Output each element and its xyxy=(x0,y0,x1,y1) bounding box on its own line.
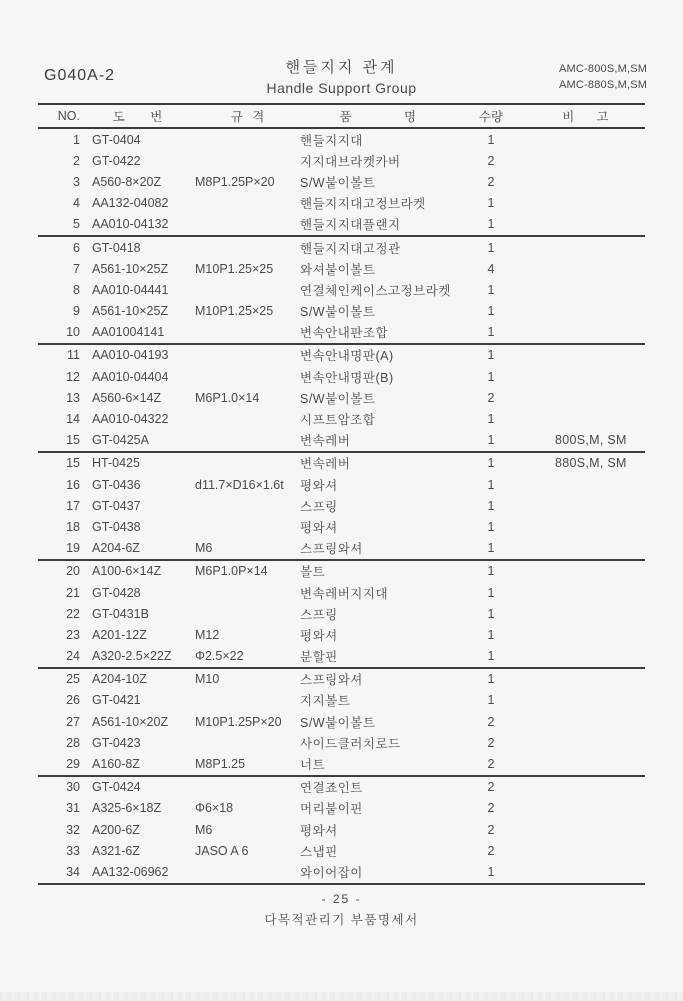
cell-no: 12 xyxy=(38,370,80,384)
table-row: 20A100-6×14ZM6P1.0P×14볼트1 xyxy=(38,561,645,582)
scan-edge-artifact xyxy=(0,992,683,1001)
cell-part: A160-8Z xyxy=(80,757,195,771)
cell-no: 30 xyxy=(38,780,80,794)
cell-qty: 1 xyxy=(456,564,526,578)
cell-name: S/W붙이볼트 xyxy=(300,389,456,407)
table-row: 5AA010-04132핸들지지대플랜지1 xyxy=(38,214,645,235)
cell-name: 평와셔 xyxy=(300,518,456,536)
cell-spec: M10 xyxy=(195,672,300,686)
cell-name: 사이드클러치로드 xyxy=(300,734,456,752)
cell-spec: Φ2.5×22 xyxy=(195,649,300,663)
cell-part: GT-0418 xyxy=(80,241,195,255)
table-group: 15HT-0425변속레버1880S,M, SM16GT-0436d11.7×D… xyxy=(38,453,645,561)
cell-qty: 1 xyxy=(456,607,526,621)
table-row: 12AA010-04404변속안내명판(B)1 xyxy=(38,366,645,387)
cell-name: 스냅핀 xyxy=(300,842,456,860)
cell-part: AA010-04132 xyxy=(80,217,195,231)
cell-no: 2 xyxy=(38,154,80,168)
cell-part: GT-0421 xyxy=(80,693,195,707)
cell-no: 34 xyxy=(38,865,80,879)
cell-qty: 1 xyxy=(456,348,526,362)
cell-qty: 1 xyxy=(456,628,526,642)
cell-part: AA132-06962 xyxy=(80,865,195,879)
cell-remark: 800S,M, SM xyxy=(526,433,645,447)
table-row: 19A204-6ZM6스프링와셔1 xyxy=(38,538,645,559)
cell-no: 22 xyxy=(38,607,80,621)
cell-qty: 2 xyxy=(456,154,526,168)
table-row: 14AA010-04322시프트암조합1 xyxy=(38,408,645,429)
cell-name: S/W붙이볼트 xyxy=(300,173,456,191)
cell-name: 스프링 xyxy=(300,497,456,515)
cell-spec: M6P1.0×14 xyxy=(195,391,300,405)
cell-name: 와셔붙이볼트 xyxy=(300,260,456,278)
table-row: 22GT-0431B스프링1 xyxy=(38,603,645,624)
cell-no: 20 xyxy=(38,564,80,578)
table-row: 33A321-6ZJASO A 6스냅핀2 xyxy=(38,840,645,861)
cell-qty: 1 xyxy=(456,693,526,707)
cell-part: A201-12Z xyxy=(80,628,195,642)
cell-qty: 1 xyxy=(456,456,526,470)
table-row: 21GT-0428변속레버지지대1 xyxy=(38,582,645,603)
cell-name: 핸들지지대플랜지 xyxy=(300,215,456,233)
cell-no: 5 xyxy=(38,217,80,231)
cell-part: GT-0436 xyxy=(80,478,195,492)
cell-qty: 2 xyxy=(456,391,526,405)
cell-spec: M6 xyxy=(195,541,300,555)
column-header-remark: 비 고 xyxy=(526,107,645,125)
cell-qty: 1 xyxy=(456,433,526,447)
cell-no: 15 xyxy=(38,456,80,470)
cell-qty: 2 xyxy=(456,780,526,794)
cell-no: 4 xyxy=(38,196,80,210)
cell-part: AA010-04441 xyxy=(80,283,195,297)
cell-no: 6 xyxy=(38,241,80,255)
cell-qty: 1 xyxy=(456,196,526,210)
cell-spec: d11.7×D16×1.6t xyxy=(195,478,300,492)
table-row: 10AA01004141변속안내판조합1 xyxy=(38,322,645,343)
table-row: 25A204-10ZM10스프링와셔1 xyxy=(38,669,645,690)
cell-part: AA010-04404 xyxy=(80,370,195,384)
column-header-spec: 규 격 xyxy=(195,107,300,125)
cell-spec: M8P1.25 xyxy=(195,757,300,771)
cell-part: GT-0438 xyxy=(80,520,195,534)
cell-spec: M12 xyxy=(195,628,300,642)
cell-name: 변속레버 xyxy=(300,431,456,449)
cell-name: 연결죠인트 xyxy=(300,778,456,796)
table-row: 29A160-8ZM8P1.25너트2 xyxy=(38,753,645,774)
cell-no: 3 xyxy=(38,175,80,189)
cell-no: 24 xyxy=(38,649,80,663)
cell-part: GT-0404 xyxy=(80,133,195,147)
table-row: 28GT-0423사이드클러치로드2 xyxy=(38,732,645,753)
cell-part: A320-2.5×22Z xyxy=(80,649,195,663)
table-row: 17GT-0437스프링1 xyxy=(38,495,645,516)
cell-no: 28 xyxy=(38,736,80,750)
cell-part: GT-0431B xyxy=(80,607,195,621)
cell-part: A561-10×25Z xyxy=(80,262,195,276)
table-group: 20A100-6×14ZM6P1.0P×14볼트121GT-0428변속레버지지… xyxy=(38,561,645,669)
model-line-1: AMC-800S,M,SM xyxy=(559,61,647,77)
cell-no: 29 xyxy=(38,757,80,771)
table-row: 13A560-6×14ZM6P1.0×14S/W붙이볼트2 xyxy=(38,387,645,408)
cell-no: 14 xyxy=(38,412,80,426)
model-list: AMC-800S,M,SM AMC-880S,M,SM xyxy=(559,61,647,93)
cell-spec: M6 xyxy=(195,823,300,837)
table-group: 11AA010-04193변속안내명판(A)112AA010-04404변속안내… xyxy=(38,345,645,453)
cell-part: GT-0428 xyxy=(80,586,195,600)
cell-qty: 1 xyxy=(456,672,526,686)
cell-qty: 1 xyxy=(456,478,526,492)
cell-qty: 2 xyxy=(456,844,526,858)
cell-name: 변속안내명판(A) xyxy=(300,346,456,364)
cell-qty: 2 xyxy=(456,715,526,729)
table-header-row: NO. 도 번 규 격 품 명 수량 비 고 xyxy=(38,105,645,129)
cell-no: 13 xyxy=(38,391,80,405)
cell-name: 평와셔 xyxy=(300,476,456,494)
cell-part: GT-0424 xyxy=(80,780,195,794)
cell-name: 연결체인케이스고정브라켓 xyxy=(300,281,456,299)
cell-name: 너트 xyxy=(300,755,456,773)
table-row: 34AA132-06962와이어잡이1 xyxy=(38,861,645,882)
cell-no: 15 xyxy=(38,433,80,447)
cell-part: GT-0425A xyxy=(80,433,195,447)
cell-qty: 2 xyxy=(456,175,526,189)
cell-qty: 2 xyxy=(456,736,526,750)
cell-no: 10 xyxy=(38,325,80,339)
cell-qty: 2 xyxy=(456,757,526,771)
cell-name: 스프링와셔 xyxy=(300,670,456,688)
table-group: 6GT-0418핸들지지대고정관17A561-10×25ZM10P1.25×25… xyxy=(38,237,645,345)
cell-part: AA010-04322 xyxy=(80,412,195,426)
cell-no: 17 xyxy=(38,499,80,513)
cell-part: A560-6×14Z xyxy=(80,391,195,405)
cell-name: 변속안내판조합 xyxy=(300,323,456,341)
cell-no: 16 xyxy=(38,478,80,492)
cell-part: A204-6Z xyxy=(80,541,195,555)
cell-spec: JASO A 6 xyxy=(195,844,300,858)
cell-name: 스프링 xyxy=(300,605,456,623)
cell-part: A561-10×25Z xyxy=(80,304,195,318)
cell-name: 핸들지지대고정브라켓 xyxy=(300,194,456,212)
cell-no: 33 xyxy=(38,844,80,858)
table-row: 32A200-6ZM6평와셔2 xyxy=(38,819,645,840)
cell-qty: 1 xyxy=(456,412,526,426)
cell-part: AA132-04082 xyxy=(80,196,195,210)
cell-qty: 1 xyxy=(456,520,526,534)
parts-table: NO. 도 번 규 격 품 명 수량 비 고 1GT-0404핸들지지대12GT… xyxy=(38,103,645,885)
table-body: 1GT-0404핸들지지대12GT-0422지지대브라켓카버23A560-8×2… xyxy=(38,129,645,885)
table-row: 27A561-10×20ZM10P1.25P×20S/W붙이볼트2 xyxy=(38,711,645,732)
table-row: 9A561-10×25ZM10P1.25×25S/W붙이볼트1 xyxy=(38,301,645,322)
cell-part: A560-8×20Z xyxy=(80,175,195,189)
cell-no: 32 xyxy=(38,823,80,837)
cell-spec: Φ6×18 xyxy=(195,801,300,815)
table-group: 1GT-0404핸들지지대12GT-0422지지대브라켓카버23A560-8×2… xyxy=(38,129,645,237)
cell-qty: 4 xyxy=(456,262,526,276)
cell-no: 9 xyxy=(38,304,80,318)
cell-name: 평와셔 xyxy=(300,821,456,839)
footer-document-title: 다목적관리기 부품명세서 xyxy=(0,910,683,928)
model-line-2: AMC-880S,M,SM xyxy=(559,77,647,93)
table-row: 3A560-8×20ZM8P1.25P×20S/W붙이볼트2 xyxy=(38,171,645,192)
table-row: 4AA132-04082핸들지지대고정브라켓1 xyxy=(38,193,645,214)
cell-name: 평와셔 xyxy=(300,626,456,644)
cell-no: 31 xyxy=(38,801,80,815)
table-row: 15HT-0425변속레버1880S,M, SM xyxy=(38,453,645,474)
cell-name: S/W붙이볼트 xyxy=(300,713,456,731)
cell-qty: 1 xyxy=(456,304,526,318)
column-header-no: NO. xyxy=(38,109,80,123)
cell-name: S/W붙이볼트 xyxy=(300,302,456,320)
cell-no: 18 xyxy=(38,520,80,534)
cell-part: A200-6Z xyxy=(80,823,195,837)
table-row: 15GT-0425A변속레버1800S,M, SM xyxy=(38,430,645,451)
cell-part: A561-10×20Z xyxy=(80,715,195,729)
cell-qty: 2 xyxy=(456,801,526,815)
column-header-qty: 수량 xyxy=(456,107,526,125)
cell-name: 핸들지지대 xyxy=(300,131,456,149)
cell-name: 변속안내명판(B) xyxy=(300,368,456,386)
cell-qty: 1 xyxy=(456,541,526,555)
cell-no: 11 xyxy=(38,348,80,362)
cell-qty: 1 xyxy=(456,325,526,339)
cell-name: 볼트 xyxy=(300,562,456,580)
cell-name: 분할핀 xyxy=(300,647,456,665)
cell-no: 27 xyxy=(38,715,80,729)
cell-qty: 1 xyxy=(456,217,526,231)
cell-no: 7 xyxy=(38,262,80,276)
cell-spec: M10P1.25×25 xyxy=(195,262,300,276)
cell-qty: 1 xyxy=(456,241,526,255)
cell-spec: M6P1.0P×14 xyxy=(195,564,300,578)
cell-name: 지지대브라켓카버 xyxy=(300,152,456,170)
cell-name: 변속레버 xyxy=(300,454,456,472)
cell-qty: 1 xyxy=(456,865,526,879)
cell-part: A321-6Z xyxy=(80,844,195,858)
table-row: 26GT-0421지지볼트1 xyxy=(38,690,645,711)
table-row: 6GT-0418핸들지지대고정관1 xyxy=(38,237,645,258)
cell-qty: 1 xyxy=(456,370,526,384)
cell-part: GT-0422 xyxy=(80,154,195,168)
table-row: 2GT-0422지지대브라켓카버2 xyxy=(38,150,645,171)
cell-qty: 1 xyxy=(456,283,526,297)
table-row: 30GT-0424연결죠인트2 xyxy=(38,777,645,798)
cell-part: GT-0423 xyxy=(80,736,195,750)
table-row: 16GT-0436d11.7×D16×1.6t평와셔1 xyxy=(38,474,645,495)
cell-spec: M10P1.25P×20 xyxy=(195,715,300,729)
cell-no: 26 xyxy=(38,693,80,707)
cell-name: 와이어잡이 xyxy=(300,863,456,881)
page-number: - 25 - xyxy=(0,892,683,906)
scanned-parts-page: G040A-2 핸들지지 관계 Handle Support Group AMC… xyxy=(0,0,683,1001)
column-header-name: 품 명 xyxy=(300,107,456,125)
cell-spec: M10P1.25×25 xyxy=(195,304,300,318)
cell-no: 23 xyxy=(38,628,80,642)
cell-qty: 1 xyxy=(456,649,526,663)
table-group: 25A204-10ZM10스프링와셔126GT-0421지지볼트127A561-… xyxy=(38,669,645,777)
table-row: 1GT-0404핸들지지대1 xyxy=(38,129,645,150)
cell-part: GT-0437 xyxy=(80,499,195,513)
cell-name: 지지볼트 xyxy=(300,691,456,709)
cell-spec: M8P1.25P×20 xyxy=(195,175,300,189)
table-group: 30GT-0424연결죠인트231A325-6×18ZΦ6×18머리붙이핀232… xyxy=(38,777,645,885)
cell-qty: 2 xyxy=(456,823,526,837)
cell-no: 25 xyxy=(38,672,80,686)
cell-name: 시프트암조합 xyxy=(300,410,456,428)
table-row: 18GT-0438평와셔1 xyxy=(38,516,645,537)
table-row: 7A561-10×25ZM10P1.25×25와셔붙이볼트4 xyxy=(38,258,645,279)
table-row: 24A320-2.5×22ZΦ2.5×22분할핀1 xyxy=(38,646,645,667)
table-row: 31A325-6×18ZΦ6×18머리붙이핀2 xyxy=(38,798,645,819)
cell-no: 8 xyxy=(38,283,80,297)
cell-part: HT-0425 xyxy=(80,456,195,470)
table-row: 23A201-12ZM12평와셔1 xyxy=(38,624,645,645)
cell-no: 21 xyxy=(38,586,80,600)
cell-part: A204-10Z xyxy=(80,672,195,686)
cell-qty: 1 xyxy=(456,586,526,600)
cell-part: AA010-04193 xyxy=(80,348,195,362)
cell-name: 스프링와셔 xyxy=(300,539,456,557)
cell-name: 변속레버지지대 xyxy=(300,584,456,602)
table-row: 11AA010-04193변속안내명판(A)1 xyxy=(38,345,645,366)
cell-no: 1 xyxy=(38,133,80,147)
column-header-part-no: 도 번 xyxy=(80,107,195,125)
cell-part: AA01004141 xyxy=(80,325,195,339)
cell-name: 핸들지지대고정관 xyxy=(300,239,456,257)
cell-qty: 1 xyxy=(456,499,526,513)
cell-no: 19 xyxy=(38,541,80,555)
table-row: 8AA010-04441연결체인케이스고정브라켓1 xyxy=(38,279,645,300)
cell-part: A100-6×14Z xyxy=(80,564,195,578)
cell-remark: 880S,M, SM xyxy=(526,456,645,470)
cell-name: 머리붙이핀 xyxy=(300,799,456,817)
cell-part: A325-6×18Z xyxy=(80,801,195,815)
cell-qty: 1 xyxy=(456,133,526,147)
